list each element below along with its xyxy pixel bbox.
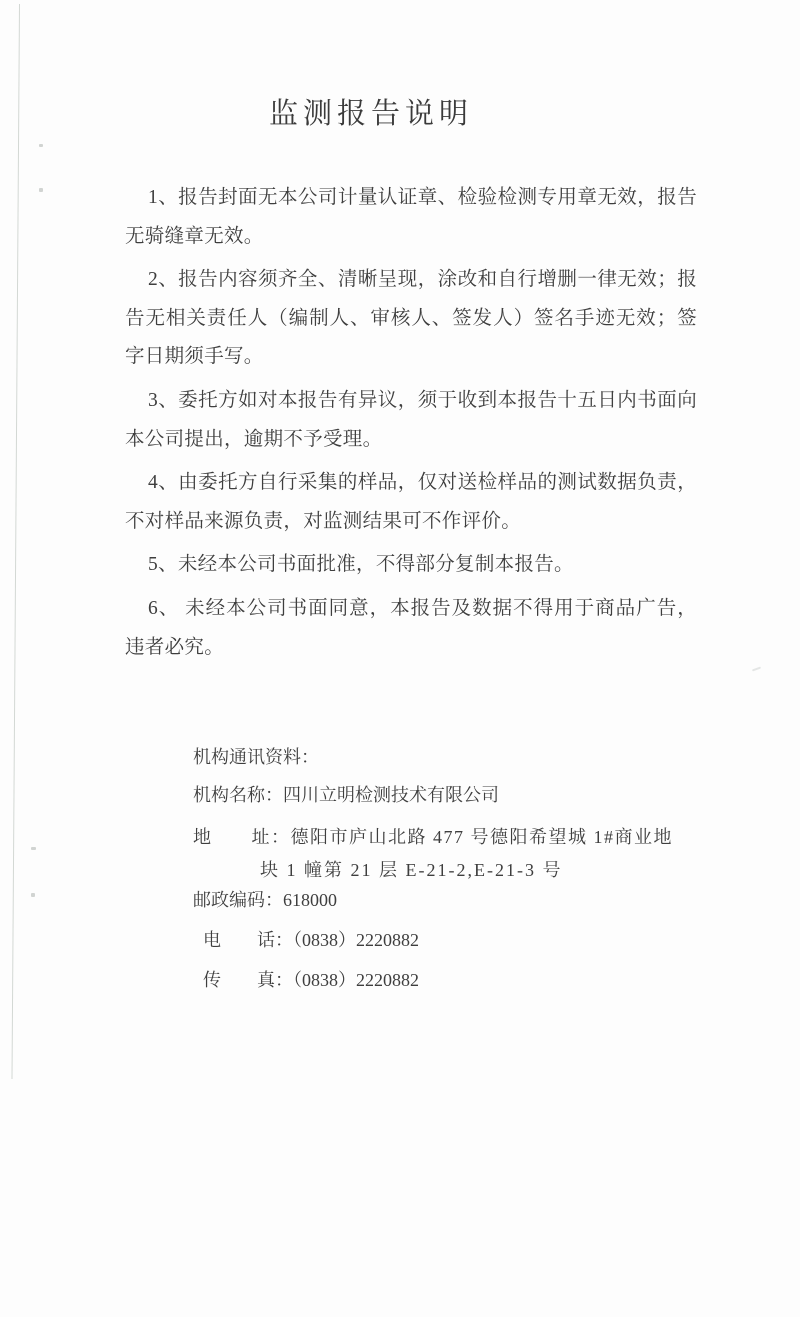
note-item-6: 6、 未经本公司书面同意，本报告及数据不得用于商品广告，违者必究。 <box>125 590 697 667</box>
page-title: 监测报告说明 <box>125 95 617 133</box>
phone-value: （0838）2220882 <box>293 930 419 950</box>
scan-speck <box>39 144 43 147</box>
scan-edge-artifact <box>11 4 20 1079</box>
note-item-1: 1、报告封面无本公司计量认证章、检验检测专用章无效，报告无骑缝章无效。 <box>125 179 697 256</box>
address-label: 地 址： <box>193 827 291 847</box>
address-line-1: 地 址：德阳市庐山北路 477 号德阳希望城 1#商业地 <box>193 827 697 848</box>
fax-row: 传 真：（0838）2220882 <box>203 970 697 991</box>
postcode-label: 邮政编码： <box>193 890 283 910</box>
scan-speck <box>752 667 761 672</box>
address-row: 地 址：德阳市庐山北路 477 号德阳希望城 1#商业地 块 1 幢第 21 层… <box>193 827 697 881</box>
phone-row: 电 话：（0838）2220882 <box>203 930 697 951</box>
fax-label: 传 真： <box>203 970 293 990</box>
contact-heading: 机构通讯资料： <box>193 747 697 768</box>
phone-label: 电 话： <box>203 930 293 950</box>
note-item-4: 4、由委托方自行采集的样品，仅对送检样品的测试数据负责，不对样品来源负责，对监测… <box>125 464 697 541</box>
scan-speck <box>31 847 36 850</box>
postcode-value: 618000 <box>283 890 337 910</box>
contact-section: 机构通讯资料： 机构名称：四川立明检测技术有限公司 地 址：德阳市庐山北路 47… <box>193 747 697 991</box>
org-name-row: 机构名称：四川立明检测技术有限公司 <box>193 785 697 806</box>
fax-value: （0838）2220882 <box>293 970 419 990</box>
scan-speck <box>39 188 43 192</box>
note-item-5: 5、未经本公司书面批准，不得部分复制本报告。 <box>125 546 697 585</box>
address-value-line1: 德阳市庐山北路 477 号德阳希望城 1#商业地 <box>291 827 674 847</box>
org-name-value: 四川立明检测技术有限公司 <box>283 785 499 805</box>
scan-speck <box>31 893 35 897</box>
address-value-line2: 块 1 幢第 21 层 E-21-2,E-21-3 号 <box>193 860 697 881</box>
postcode-row: 邮政编码：618000 <box>193 890 697 911</box>
notes-list: 1、报告封面无本公司计量认证章、检验检测专用章无效，报告无骑缝章无效。 2、报告… <box>125 179 697 667</box>
note-item-2: 2、报告内容须齐全、清晰呈现，涂改和自行增删一律无效；报告无相关责任人（编制人、… <box>125 261 697 377</box>
document-content: 监测报告说明 1、报告封面无本公司计量认证章、检验检测专用章无效，报告无骑缝章无… <box>125 0 697 1010</box>
scanned-document-page: 监测报告说明 1、报告封面无本公司计量认证章、检验检测专用章无效，报告无骑缝章无… <box>0 0 800 1317</box>
org-name-label: 机构名称： <box>193 785 283 805</box>
note-item-3: 3、委托方如对本报告有异议，须于收到本报告十五日内书面向本公司提出，逾期不予受理… <box>125 382 697 459</box>
